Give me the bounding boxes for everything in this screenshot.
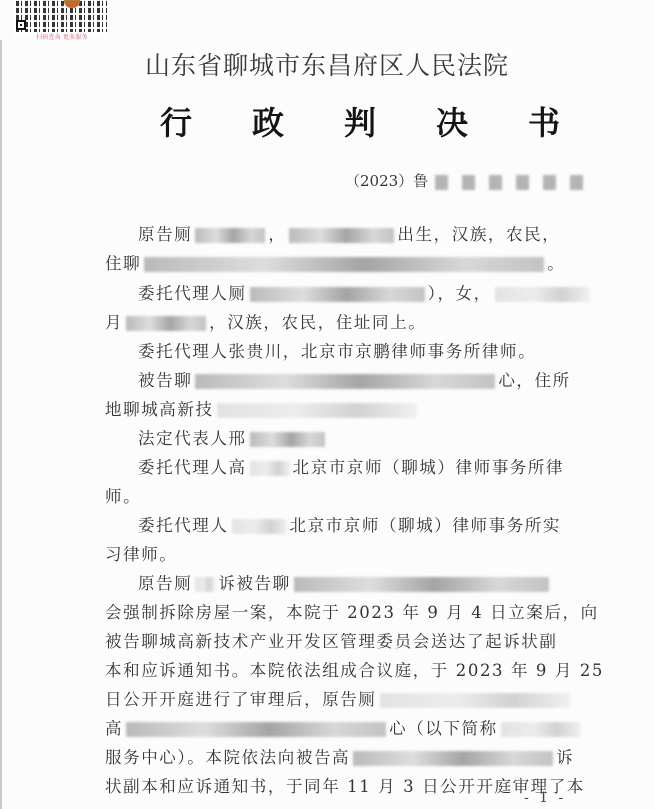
title-char: 判 [344, 98, 376, 144]
case-number: （2023）鲁 [345, 170, 590, 191]
redaction [195, 374, 495, 389]
redaction [195, 577, 215, 592]
paragraph-line: 被告聊心，住所 [138, 367, 571, 391]
redaction [462, 175, 475, 190]
redaction [294, 577, 549, 592]
document-title: 行 政 判 决 书 [160, 98, 560, 144]
redaction [516, 175, 529, 190]
court-name: 山东省聊城市东昌府区人民法院 [0, 46, 654, 82]
page-number: - 1 - [524, 790, 566, 806]
qr-finder-icon [16, 20, 26, 30]
paragraph-line: 委托代理人厕），女， [138, 280, 593, 304]
redaction [232, 519, 287, 534]
redaction [126, 722, 386, 737]
redaction [126, 316, 206, 331]
case-number-prefix: （2023）鲁 [345, 172, 428, 190]
redaction [380, 693, 570, 708]
redaction [501, 722, 581, 737]
paragraph-line: 委托代理人高北京市京师（聊城）律师事务所律 [138, 454, 564, 478]
redaction [250, 461, 290, 476]
redaction [570, 175, 583, 190]
paragraph-line: 原告厕，出生，汉族，农民， [138, 221, 560, 245]
paragraph-line: 被告聊城高新技术产业开发区管理委员会送达了起诉状副 [105, 628, 558, 652]
paragraph-line: 服务中心）。本院依法向被告高诉 [105, 744, 574, 768]
redaction [289, 228, 394, 243]
paragraph-line: 师。 [105, 483, 141, 507]
redaction [195, 228, 265, 243]
title-char: 决 [436, 98, 468, 144]
page-edge [0, 40, 2, 809]
redaction [144, 257, 544, 272]
paragraph-line: 日公开开庭进行了审理后，原告厕 [105, 686, 573, 710]
paragraph-line: 习律师。 [105, 541, 177, 565]
redaction [250, 287, 425, 302]
paragraph-line: 高心（以下简称 [105, 715, 584, 739]
qr-caption: 扫码查询 更多服务 [36, 32, 88, 41]
redaction [543, 175, 556, 190]
title-char: 行 [160, 98, 192, 144]
qr-code-icon [16, 0, 107, 32]
paragraph-line: 住聊。 [105, 250, 565, 274]
redaction [435, 175, 448, 190]
redaction [495, 287, 590, 302]
title-char: 政 [252, 98, 284, 144]
paragraph-line: 委托代理人张贵川，北京市京鹏律师事务所律师。 [138, 338, 536, 362]
paragraph-line: 本和应诉通知书。本院依法组成合议庭，于 2023 年 9 月 25 [105, 657, 604, 681]
redaction [250, 432, 325, 447]
redaction [217, 403, 417, 418]
paragraph-line: 状副本和应诉通知书，于同年 11 月 3 日公开开庭审理了本 [105, 773, 585, 797]
redaction [353, 751, 553, 766]
paragraph-line: 会强制拆除房屋一案，本院于 2023 年 9 月 4 日立案后，向 [105, 599, 599, 623]
paragraph-line: 地聊城高新技 [105, 396, 420, 420]
title-char: 书 [528, 98, 560, 144]
paragraph-line: 原告厕诉被告聊 [138, 570, 552, 594]
paragraph-line: 法定代表人邢 [138, 425, 328, 449]
paragraph-line: 月，汉族，农民，住址同上。 [105, 309, 426, 333]
redaction [489, 175, 502, 190]
paragraph-line: 委托代理人北京市京师（聊城）律师事务所实 [138, 512, 561, 536]
